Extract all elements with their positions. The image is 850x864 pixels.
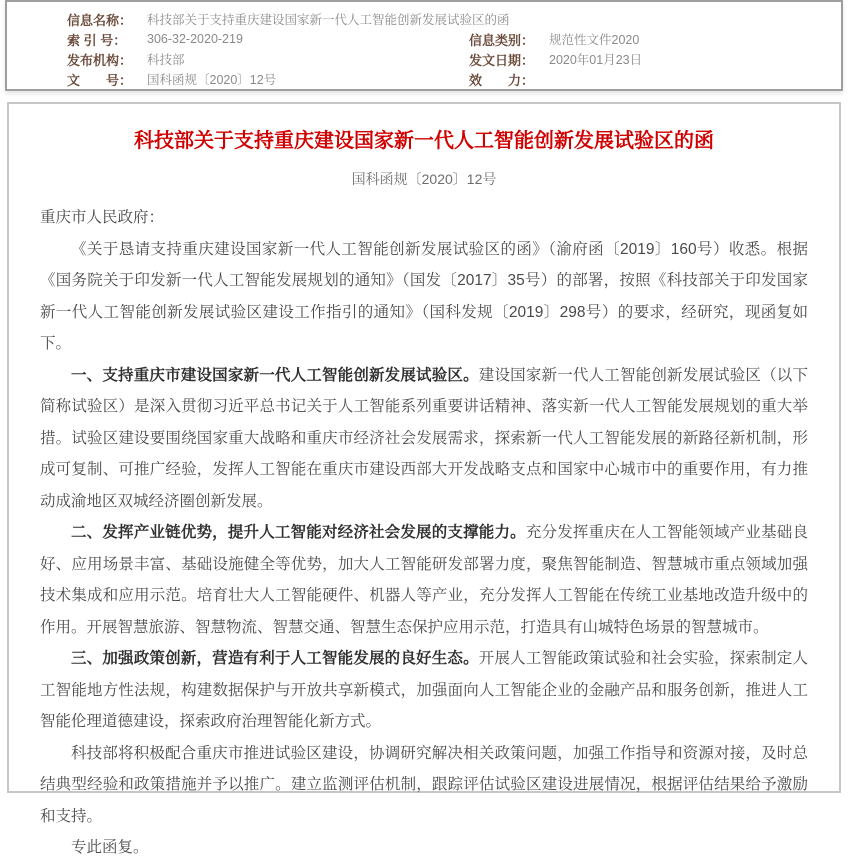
paragraph-intro: 《关于恳请支持重庆建设国家新一代人工智能创新发展试验区的函》（渝府函〔2019〕… [40,234,808,360]
paragraph-closing: 科技部将积极配合重庆市推进试验区建设，协调研究解决相关政策问题，加强工作指导和资… [40,738,808,809]
section-1-heading: 一、支持重庆市建设国家新一代人工智能创新发展试验区。 [71,367,479,384]
salutation: 重庆市人民政府： [40,202,808,234]
info-date-value: 2020年01月23日 [549,50,642,68]
info-row-index-category: 索 引 号： 306-32-2020-219 信息类别： 规范性文件2020 [67,29,841,49]
info-index-label: 索 引 号： [67,30,147,49]
info-category-label: 信息类别： [469,30,549,49]
info-docno-label: 文 号： [67,70,147,89]
info-date-label: 发文日期： [469,50,549,69]
info-row-name: 信息名称： 科技部关于支持重庆建设国家新一代人工智能创新发展试验区的函 [67,9,841,29]
info-validity-label: 效 力： [469,70,549,89]
section-3-heading: 三、加强政策创新，营造有利于人工智能发展的良好生态。 [71,650,479,667]
section-2-heading: 二、发挥产业链优势，提升人工智能对经济社会发展的支撑能力。 [71,524,526,541]
info-name-value: 科技部关于支持重庆建设国家新一代人工智能创新发展试验区的函 [147,10,510,28]
info-agency-value: 科技部 [147,50,185,68]
info-agency-label: 发布机构： [67,50,147,69]
document-body: 重庆市人民政府： 《关于恳请支持重庆建设国家新一代人工智能创新发展试验区的函》（… [40,202,808,808]
paragraph-section-1: 一、支持重庆市建设国家新一代人工智能创新发展试验区。建设国家新一代人工智能创新发… [40,360,808,518]
info-category-value: 规范性文件2020 [549,30,639,48]
document-number: 国科函规〔2020〕12号 [40,170,808,188]
paragraph-section-3: 三、加强政策创新，营造有利于人工智能发展的良好生态。开展人工智能政策试验和社会实… [40,643,808,738]
info-row-agency-date: 发布机构： 科技部 发文日期： 2020年01月23日 [67,49,841,69]
info-name-label: 信息名称： [67,10,147,29]
paragraph-section-2: 二、发挥产业链优势，提升人工智能对经济社会发展的支撑能力。充分发挥重庆在人工智能… [40,517,808,643]
document-info-panel: 信息名称： 科技部关于支持重庆建设国家新一代人工智能创新发展试验区的函 索 引 … [5,0,843,91]
document-content-panel: 科技部关于支持重庆建设国家新一代人工智能创新发展试验区的函 国科函规〔2020〕… [7,102,841,793]
info-index-value: 306-32-2020-219 [147,32,243,46]
page-title: 科技部关于支持重庆建设国家新一代人工智能创新发展试验区的函 [40,128,808,154]
info-docno-value: 国科函规〔2020〕12号 [147,70,276,88]
info-row-docno-validity: 文 号： 国科函规〔2020〕12号 效 力： [67,69,841,89]
